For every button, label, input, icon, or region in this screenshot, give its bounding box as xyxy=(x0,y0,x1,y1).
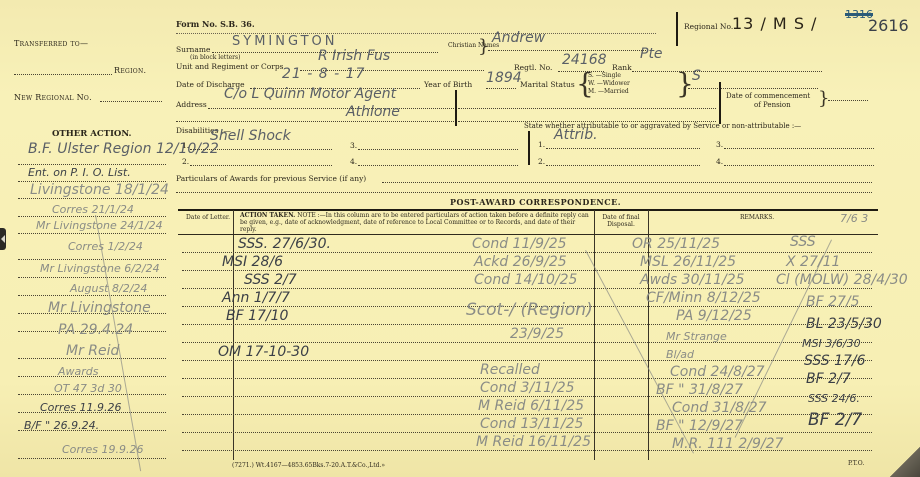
disability-num: 2. xyxy=(182,157,189,166)
other-action-entry: Mr Livingstone 24/1/24 xyxy=(36,219,163,232)
disability-dotline xyxy=(190,165,332,166)
disposal-entry: Bl/ad xyxy=(666,348,694,361)
remarks-entry: X 27/11 xyxy=(786,254,840,270)
address-right-dotline-1 xyxy=(458,108,716,109)
marital-status-label: Marital Status xyxy=(520,80,575,89)
attributable-dotline xyxy=(546,165,700,166)
regional-no-suffix: 2616 xyxy=(868,16,909,35)
middle-entry: M Reid 16/11/25 xyxy=(476,434,591,450)
transferred-to-label: Transferred to— xyxy=(14,39,88,48)
regional-no-value: 13 / M S / xyxy=(732,14,817,33)
attributable-dotline xyxy=(724,148,874,149)
regional-no-divider xyxy=(676,12,678,46)
address-dotline-1 xyxy=(208,108,454,109)
surname-value: SYMINGTON xyxy=(232,34,337,49)
table-row xyxy=(182,342,872,343)
col-divider-action xyxy=(594,210,595,460)
col-header-disposal: Date of final Disposal. xyxy=(598,214,644,228)
unit-value: R Irish Fus xyxy=(318,48,390,64)
attributable-dotline xyxy=(546,148,700,149)
remarks-entry: SSS 24/6. xyxy=(808,392,860,405)
disability-dotline xyxy=(358,165,518,166)
table-row xyxy=(182,414,872,415)
other-action-entry: Corres 19.9.26 xyxy=(62,443,143,456)
new-regional-no-dotline xyxy=(100,101,162,102)
address-label: Address xyxy=(176,100,207,109)
pto-label: P.T.O. xyxy=(848,460,864,467)
middle-entry: Scot-/ (Region) xyxy=(466,300,593,320)
disability-dotline xyxy=(358,149,518,150)
awards-dotline-1 xyxy=(382,182,872,183)
table-row xyxy=(182,432,872,433)
awards-label: Particulars of Awards for previous Servi… xyxy=(176,174,366,183)
awards-dotline-2 xyxy=(176,192,872,193)
correspondence-title: POST-AWARD CORRESPONDENCE. xyxy=(450,197,621,207)
table-row xyxy=(182,396,872,397)
disposal-entry: Awds 30/11/25 xyxy=(640,272,745,288)
remarks-entry: SSS xyxy=(790,234,816,250)
address-line-1: C/o L Quinn Motor Agent xyxy=(224,86,396,102)
attributable-num: 3. xyxy=(716,140,723,149)
discharge-value: 21 - 8 - 17 xyxy=(282,66,365,82)
disposal-entry: Mr Strange xyxy=(666,330,727,343)
table-header-rule xyxy=(178,234,878,235)
christian-names-value: Andrew xyxy=(492,30,545,46)
address-dotline-2 xyxy=(176,121,454,122)
table-row xyxy=(182,252,872,253)
disposal-entry: BF " 31/8/27 xyxy=(656,382,743,398)
pension-commencement-label: Date of commencement xyxy=(726,92,810,100)
attributable-num: 2. xyxy=(538,157,545,166)
regtl-no-value: 24168 xyxy=(562,52,607,68)
marital-dotline xyxy=(688,88,818,89)
pension-commencement-label-2: of Pension xyxy=(754,101,791,109)
table-row xyxy=(182,324,872,325)
col-header-date: Date of Letter. xyxy=(184,214,232,221)
disability-dotline xyxy=(190,149,332,150)
other-action-entry: Corres 21/1/24 xyxy=(52,203,134,216)
middle-entry: Cond 13/11/25 xyxy=(480,416,583,432)
surname-label: Surname xyxy=(176,45,210,54)
remarks-entry: BF 2/7 xyxy=(806,371,851,387)
other-action-entry: Corres 1/2/24 xyxy=(68,240,143,253)
christian-names-label: Christian Names xyxy=(448,42,476,49)
middle-entry: Ackd 26/9/25 xyxy=(474,254,567,270)
disability-num: 1. xyxy=(182,141,189,150)
year-of-birth-value: 1894 xyxy=(486,70,522,86)
action-entry: OM 17-10-30 xyxy=(218,344,309,360)
remarks-entry: BF 2/7 xyxy=(808,410,862,430)
table-row xyxy=(182,360,872,361)
address-line-2: Athlone xyxy=(346,104,400,120)
disability-num: 4. xyxy=(350,157,357,166)
action-entry: MSI 28/6 xyxy=(222,254,283,270)
middle-entry: Cond 11/9/25 xyxy=(472,236,567,252)
unit-label: Unit and Regiment or Corps xyxy=(176,62,283,71)
table-row xyxy=(182,378,872,379)
address-divider xyxy=(455,90,457,126)
table-top-rule xyxy=(178,209,878,211)
action-entry: Ann 1/7/7 xyxy=(222,290,290,306)
side-scroll-tab[interactable] xyxy=(0,228,6,250)
remarks-entry: BF 27/5 xyxy=(806,294,860,310)
disposal-entry: BF " 12/9/27 xyxy=(656,418,743,434)
other-action-entry: Ent. on P. I. O. List. xyxy=(28,166,131,179)
middle-entry: Cond 3/11/25 xyxy=(480,380,575,396)
other-action-entry: PA 29.4.24 xyxy=(58,322,133,338)
remarks-entry: SSS 17/6 xyxy=(804,353,866,369)
other-action-label: OTHER ACTION. xyxy=(52,129,132,139)
pension-record-card: Transferred to— Region. New Regional No.… xyxy=(0,0,920,477)
attributable-divider xyxy=(528,131,530,165)
attributable-num: 4. xyxy=(716,157,723,166)
new-regional-no-label: New Regional No. xyxy=(14,93,92,102)
table-row xyxy=(182,270,872,271)
middle-entry: Cond 14/10/25 xyxy=(474,272,577,288)
disposal-entry: OR 25/11/25 xyxy=(632,236,720,252)
marital-option: W. —Widower xyxy=(588,80,630,87)
year-of-birth-label: Year of Birth xyxy=(424,80,472,89)
year-of-birth-dotline xyxy=(486,88,516,89)
other-action-entry: Livingstone 18/1/24 xyxy=(30,182,169,198)
marital-option: M. —Married xyxy=(588,88,629,95)
disposal-entry: Cond 24/8/27 xyxy=(670,364,765,380)
attributable-dotline xyxy=(724,165,874,166)
rank-dotline xyxy=(632,71,822,72)
marital-value: S xyxy=(692,68,701,84)
remarks-entry: BL 23/5/30 xyxy=(806,316,882,332)
pension-brace: } xyxy=(818,90,829,108)
disposal-entry: MSL 26/11/25 xyxy=(640,254,736,270)
action-entry: BF 17/10 xyxy=(226,308,288,324)
attributable-num: 1. xyxy=(538,140,545,149)
disposal-entry: PA 9/12/25 xyxy=(676,308,752,324)
corner-fold xyxy=(890,447,920,477)
middle-entry: M Reid 6/11/25 xyxy=(478,398,584,414)
marital-option: S. —Single xyxy=(588,72,621,79)
pension-dotline xyxy=(828,100,868,101)
action-entry: SSS. 27/6/30. xyxy=(238,236,331,252)
other-action-entry: B/F " 26.9.24. xyxy=(24,419,99,432)
table-row xyxy=(182,288,872,289)
col-header-action: ACTION TAKEN. NOTE :—In this column are … xyxy=(240,212,590,233)
region-dotline xyxy=(14,74,112,75)
christian-names-dotline xyxy=(488,50,648,51)
other-action-entry: Awards xyxy=(58,365,99,378)
rank-label: Rank xyxy=(612,63,632,72)
surname-sublabel: (in block letters) xyxy=(190,54,240,61)
rank-value: Pte xyxy=(640,46,663,62)
christian-names-brace: } xyxy=(478,38,489,56)
other-action-entry: Mr Livingstone 6/2/24 xyxy=(40,262,160,275)
action-entry: SSS 2/7 xyxy=(244,272,297,288)
disability-1-value: Shell Shock xyxy=(210,128,291,144)
remarks-entry: Cl (MOLW) 28/4/30 xyxy=(776,272,908,288)
form-number: Form No. S.B. 36. xyxy=(176,19,255,29)
col-divider-date xyxy=(233,210,234,460)
printer-imprint: (7271.) Wt.4167—4853.65Bks.7-20.A.T.&Co.… xyxy=(232,462,385,469)
other-action-entry: Mr Livingstone xyxy=(48,300,151,316)
middle-entry: Recalled xyxy=(480,362,540,378)
other-action-entry: OT 47 3d 30 xyxy=(54,382,122,395)
disability-num: 3. xyxy=(350,141,357,150)
col-header-remarks: REMARKS. xyxy=(740,214,774,221)
disposal-entry: CF/Minn 8/12/25 xyxy=(646,290,761,306)
other-action-entry: Mr Reid xyxy=(66,343,119,359)
regional-no-label: Regional No. xyxy=(684,22,733,31)
pension-divider xyxy=(719,82,721,124)
region-label: Region. xyxy=(114,66,146,75)
attributable-1-value: Attrib. xyxy=(554,127,598,143)
middle-entry: 23/9/25 xyxy=(510,326,564,342)
remarks-margin-note: 7/6 3 xyxy=(840,212,868,225)
other-action-entry: Corres 11.9.26 xyxy=(40,401,121,414)
remarks-entry: MSI 3/6/30 xyxy=(802,337,861,350)
